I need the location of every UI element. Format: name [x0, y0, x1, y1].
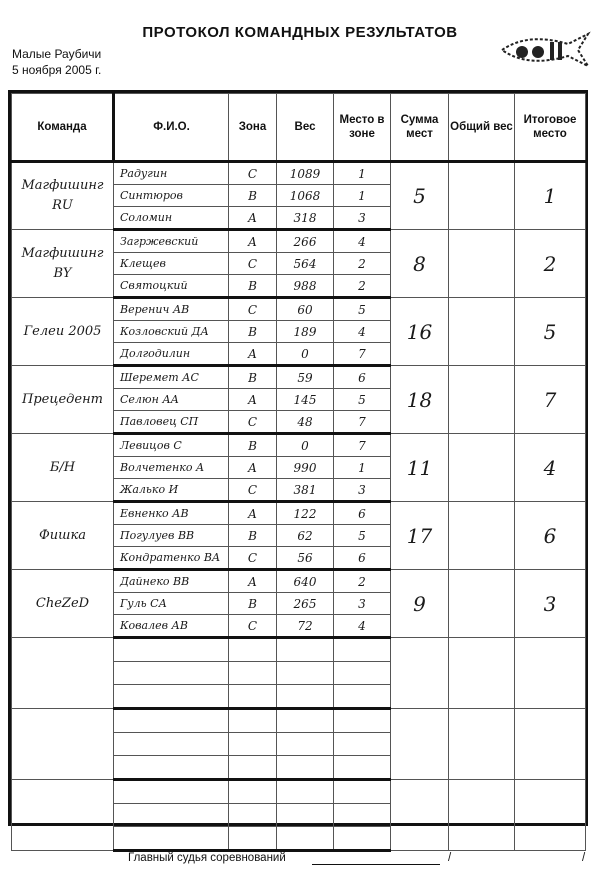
zone-place-cell[interactable] — [334, 709, 391, 733]
member-name-cell[interactable]: Веренич АВ — [114, 298, 229, 321]
zone-cell[interactable]: C — [229, 253, 277, 275]
weight-cell[interactable]: 60 — [277, 298, 334, 321]
weight-cell[interactable]: 1089 — [277, 162, 334, 185]
results-table-frame: КомандаФ.И.О.ЗонаВесМесто в зонеСумма ме… — [8, 90, 588, 826]
zone-cell[interactable] — [229, 733, 277, 756]
weight-cell[interactable]: 381 — [277, 479, 334, 502]
event-info: Малые Раубичи 5 ноября 2005 г. — [12, 46, 101, 78]
zone-cell[interactable]: C — [229, 162, 277, 185]
zone-place-cell[interactable] — [334, 685, 391, 709]
weight-cell[interactable] — [277, 662, 334, 685]
team-name-cell[interactable]: Б/Н — [12, 434, 114, 502]
total-weight-cell[interactable] — [449, 780, 515, 851]
separator: / — [582, 852, 585, 864]
zone-place-cell[interactable] — [334, 780, 391, 804]
member-name-cell[interactable]: Соломин — [114, 207, 229, 230]
zone-place-cell[interactable]: 7 — [334, 411, 391, 434]
weight-cell[interactable] — [277, 733, 334, 756]
zone-place-cell[interactable]: 5 — [334, 298, 391, 321]
member-name-cell[interactable]: Селюн АА — [114, 389, 229, 411]
weight-cell[interactable]: 266 — [277, 230, 334, 253]
table-body: Магфишинг RUРадугинC1089151СинтюровB1068… — [12, 162, 586, 851]
zone-place-cell[interactable]: 6 — [334, 547, 391, 570]
weight-cell[interactable]: 318 — [277, 207, 334, 230]
table-row: ПрецедентШеремет АСB596187 — [12, 366, 586, 389]
zone-cell[interactable]: B — [229, 525, 277, 547]
zone-cell[interactable]: B — [229, 185, 277, 207]
final-place-cell[interactable] — [515, 638, 586, 709]
place-sum-cell[interactable] — [391, 638, 449, 709]
zone-place-cell[interactable]: 6 — [334, 366, 391, 389]
member-name-cell[interactable] — [114, 756, 229, 780]
zone-place-cell[interactable]: 2 — [334, 570, 391, 593]
member-name-cell[interactable] — [114, 733, 229, 756]
team-name-cell[interactable]: Гелеи 2005 — [12, 298, 114, 366]
weight-cell[interactable]: 72 — [277, 615, 334, 638]
member-name-cell[interactable]: Гуль СА — [114, 593, 229, 615]
zone-place-cell[interactable]: 3 — [334, 593, 391, 615]
final-place-cell[interactable] — [515, 780, 586, 851]
zone-place-cell[interactable] — [334, 638, 391, 662]
member-name-cell[interactable]: Евненко АВ — [114, 502, 229, 525]
zone-place-cell[interactable]: 2 — [334, 253, 391, 275]
weight-cell[interactable]: 0 — [277, 343, 334, 366]
zone-place-cell[interactable]: 5 — [334, 525, 391, 547]
zone-cell[interactable] — [229, 780, 277, 804]
member-name-cell[interactable]: Павловец СП — [114, 411, 229, 434]
final-place-cell[interactable]: 6 — [515, 502, 586, 570]
table-row — [12, 638, 586, 662]
total-weight-cell[interactable] — [449, 502, 515, 570]
total-weight-cell[interactable] — [449, 638, 515, 709]
zone-place-cell[interactable]: 7 — [334, 343, 391, 366]
team-name-cell[interactable]: Фишка — [12, 502, 114, 570]
member-name-cell[interactable]: Козловский ДА — [114, 321, 229, 343]
zone-cell[interactable]: C — [229, 615, 277, 638]
zone-cell[interactable] — [229, 638, 277, 662]
member-name-cell[interactable]: Дайнеко ВВ — [114, 570, 229, 593]
zone-place-cell[interactable]: 3 — [334, 479, 391, 502]
weight-cell[interactable]: 564 — [277, 253, 334, 275]
weight-cell[interactable] — [277, 685, 334, 709]
weight-cell[interactable]: 0 — [277, 434, 334, 457]
zone-cell[interactable]: C — [229, 479, 277, 502]
total-weight-cell[interactable] — [449, 570, 515, 638]
table-row — [12, 709, 586, 733]
zone-cell[interactable]: A — [229, 343, 277, 366]
location: Малые Раубичи — [12, 46, 101, 62]
place-sum-cell[interactable]: 11 — [391, 434, 449, 502]
final-place-cell[interactable]: 4 — [515, 434, 586, 502]
team-name-cell[interactable]: Магфишинг BY — [12, 230, 114, 298]
zone-cell[interactable]: A — [229, 570, 277, 593]
member-name-cell[interactable]: Святоцкий — [114, 275, 229, 298]
member-name-cell[interactable] — [114, 685, 229, 709]
place-sum-cell[interactable]: 5 — [391, 162, 449, 230]
member-name-cell[interactable]: Синтюров — [114, 185, 229, 207]
table-row: Магфишинг RUРадугинC1089151 — [12, 162, 586, 185]
total-weight-cell[interactable] — [449, 366, 515, 434]
member-name-cell[interactable] — [114, 662, 229, 685]
zone-place-cell[interactable]: 7 — [334, 434, 391, 457]
column-header: Вес — [277, 94, 334, 162]
team-name-cell[interactable]: Прецедент — [12, 366, 114, 434]
weight-cell[interactable]: 640 — [277, 570, 334, 593]
column-header: Общий вес — [449, 94, 515, 162]
zone-place-cell[interactable]: 6 — [334, 502, 391, 525]
weight-cell[interactable] — [277, 709, 334, 733]
weight-cell[interactable] — [277, 780, 334, 804]
table-row: Б/НЛевицов СB07114 — [12, 434, 586, 457]
zone-cell[interactable] — [229, 662, 277, 685]
zone-cell[interactable]: C — [229, 298, 277, 321]
zone-cell[interactable]: A — [229, 502, 277, 525]
weight-cell[interactable] — [277, 638, 334, 662]
table-row — [12, 780, 586, 804]
member-name-cell[interactable]: Шеремет АС — [114, 366, 229, 389]
member-name-cell[interactable] — [114, 780, 229, 804]
column-header: Сумма мест — [391, 94, 449, 162]
zone-cell[interactable]: B — [229, 321, 277, 343]
zone-place-cell[interactable]: 4 — [334, 321, 391, 343]
team-name-cell[interactable]: Магфишинг RU — [12, 162, 114, 230]
member-name-cell[interactable] — [114, 827, 229, 851]
zone-cell[interactable] — [229, 827, 277, 851]
member-name-cell[interactable] — [114, 804, 229, 827]
total-weight-cell[interactable] — [449, 230, 515, 298]
zone-cell[interactable]: A — [229, 389, 277, 411]
zone-place-cell[interactable]: 2 — [334, 275, 391, 298]
member-name-cell[interactable] — [114, 638, 229, 662]
place-sum-cell[interactable]: 16 — [391, 298, 449, 366]
zone-place-cell[interactable]: 4 — [334, 230, 391, 253]
team-name-cell[interactable] — [12, 780, 114, 851]
member-name-cell[interactable]: Левицов С — [114, 434, 229, 457]
zone-place-cell[interactable] — [334, 827, 391, 851]
weight-cell[interactable]: 122 — [277, 502, 334, 525]
zone-place-cell[interactable]: 1 — [334, 162, 391, 185]
weight-cell[interactable] — [277, 804, 334, 827]
zone-place-cell[interactable]: 1 — [334, 185, 391, 207]
signature-line[interactable] — [312, 864, 440, 865]
results-table: КомандаФ.И.О.ЗонаВесМесто в зонеСумма ме… — [11, 93, 586, 852]
zone-cell[interactable] — [229, 756, 277, 780]
final-place-cell[interactable]: 2 — [515, 230, 586, 298]
zone-cell[interactable]: B — [229, 366, 277, 389]
total-weight-cell[interactable] — [449, 162, 515, 230]
place-sum-cell[interactable]: 8 — [391, 230, 449, 298]
weight-cell[interactable]: 988 — [277, 275, 334, 298]
zone-place-cell[interactable] — [334, 756, 391, 780]
weight-cell[interactable]: 265 — [277, 593, 334, 615]
member-name-cell[interactable]: Волчетенко А — [114, 457, 229, 479]
zone-place-cell[interactable] — [334, 662, 391, 685]
final-place-cell[interactable]: 3 — [515, 570, 586, 638]
member-name-cell[interactable]: Кондратенко ВА — [114, 547, 229, 570]
zone-cell[interactable]: A — [229, 207, 277, 230]
team-name-cell[interactable]: CheZeD — [12, 570, 114, 638]
member-name-cell[interactable]: Клещев — [114, 253, 229, 275]
weight-cell[interactable] — [277, 827, 334, 851]
place-sum-cell[interactable] — [391, 780, 449, 851]
weight-cell[interactable]: 1068 — [277, 185, 334, 207]
column-header: Команда — [12, 94, 114, 162]
member-name-cell[interactable]: Погулуев ВВ — [114, 525, 229, 547]
zone-cell[interactable]: C — [229, 547, 277, 570]
final-place-cell[interactable] — [515, 709, 586, 780]
total-weight-cell[interactable] — [449, 434, 515, 502]
member-name-cell[interactable]: Долгодилин — [114, 343, 229, 366]
date: 5 ноября 2005 г. — [12, 62, 101, 78]
zone-cell[interactable]: B — [229, 593, 277, 615]
judge-label: Главный судья соревнований — [128, 852, 286, 864]
zone-cell[interactable]: B — [229, 275, 277, 298]
total-weight-cell[interactable] — [449, 298, 515, 366]
member-name-cell[interactable] — [114, 709, 229, 733]
zone-cell[interactable] — [229, 685, 277, 709]
member-name-cell[interactable]: Радугин — [114, 162, 229, 185]
weight-cell[interactable]: 56 — [277, 547, 334, 570]
table-row: Гелеи 2005Веренич АВC605165 — [12, 298, 586, 321]
zone-cell[interactable] — [229, 804, 277, 827]
weight-cell[interactable]: 48 — [277, 411, 334, 434]
weight-cell[interactable]: 59 — [277, 366, 334, 389]
column-header: Ф.И.О. — [114, 94, 229, 162]
zone-cell[interactable]: A — [229, 230, 277, 253]
final-place-cell[interactable]: 7 — [515, 366, 586, 434]
fish-logo-icon — [498, 30, 594, 70]
place-sum-cell[interactable]: 9 — [391, 570, 449, 638]
table-row: Магфишинг BYЗагржевскийA266482 — [12, 230, 586, 253]
weight-cell[interactable]: 990 — [277, 457, 334, 479]
zone-place-cell[interactable]: 3 — [334, 207, 391, 230]
zone-place-cell[interactable] — [334, 733, 391, 756]
zone-cell[interactable]: B — [229, 434, 277, 457]
table-row: ФишкаЕвненко АВA1226176 — [12, 502, 586, 525]
weight-cell[interactable] — [277, 756, 334, 780]
zone-place-cell[interactable]: 5 — [334, 389, 391, 411]
team-name-cell[interactable] — [12, 709, 114, 780]
final-place-cell[interactable]: 5 — [515, 298, 586, 366]
column-header: Зона — [229, 94, 277, 162]
team-name-cell[interactable] — [12, 638, 114, 709]
weight-cell[interactable]: 62 — [277, 525, 334, 547]
total-weight-cell[interactable] — [449, 709, 515, 780]
zone-place-cell[interactable]: 1 — [334, 457, 391, 479]
table-row: CheZeDДайнеко ВВA640293 — [12, 570, 586, 593]
member-name-cell[interactable]: Загржевский — [114, 230, 229, 253]
weight-cell[interactable]: 145 — [277, 389, 334, 411]
zone-cell[interactable]: C — [229, 411, 277, 434]
table-header-row: КомандаФ.И.О.ЗонаВесМесто в зонеСумма ме… — [12, 94, 586, 162]
place-sum-cell[interactable]: 17 — [391, 502, 449, 570]
zone-cell[interactable]: A — [229, 457, 277, 479]
column-header: Место в зоне — [334, 94, 391, 162]
weight-cell[interactable]: 189 — [277, 321, 334, 343]
member-name-cell[interactable]: Жалько И — [114, 479, 229, 502]
zone-cell[interactable] — [229, 709, 277, 733]
place-sum-cell[interactable] — [391, 709, 449, 780]
column-header: Итоговое место — [515, 94, 586, 162]
zone-place-cell[interactable] — [334, 804, 391, 827]
final-place-cell[interactable]: 1 — [515, 162, 586, 230]
separator: / — [448, 852, 451, 864]
zone-place-cell[interactable]: 4 — [334, 615, 391, 638]
place-sum-cell[interactable]: 18 — [391, 366, 449, 434]
member-name-cell[interactable]: Ковалев АВ — [114, 615, 229, 638]
